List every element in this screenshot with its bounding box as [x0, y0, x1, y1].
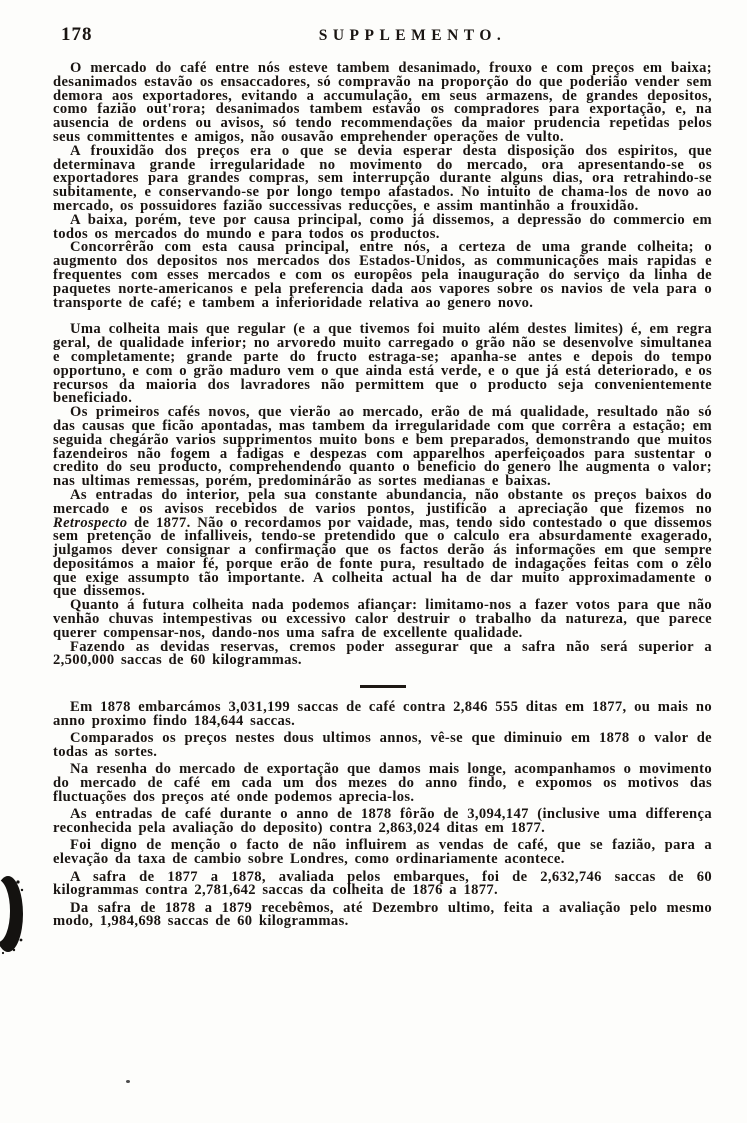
- ink-blot-stain: [0, 874, 34, 956]
- page-number: 178: [61, 28, 93, 42]
- paragraph-harvest-estimate: Fazendo as devidas reservas, cremos pode…: [53, 641, 712, 669]
- paragraph-entries-1878: As entradas de café durante o anno de 18…: [53, 808, 712, 836]
- print-speck: [126, 1080, 130, 1083]
- paragraph-safra-1878-1879: Da safra de 1878 a 1879 recebêmos, até D…: [53, 902, 712, 930]
- paragraph-harvest-quality: Uma colheita mais que regular (e a que t…: [53, 323, 712, 406]
- paragraph-shipments-1878: Em 1878 embarcámos 3,031,199 saccas de c…: [53, 701, 712, 729]
- statistics-section: Em 1878 embarcámos 3,031,199 saccas de c…: [53, 701, 712, 929]
- retrospecto-pre-text: As entradas do interior, pela sua consta…: [53, 487, 712, 517]
- paragraph-price-comparison: Comparados os preços nestes dous ultimos…: [53, 732, 712, 760]
- scanned-page: 178 SUPPLEMENTO. O mercado do café entre…: [53, 26, 712, 929]
- paragraph-retrospecto: As entradas do interior, pela sua consta…: [53, 489, 712, 599]
- paragraph-safra-1877-1878: A safra de 1877 a 1878, avaliada pelos e…: [53, 871, 712, 899]
- paragraph-export-market-review: Na resenha do mercado de exportação que …: [53, 763, 712, 804]
- paragraph-exchange-rate: Foi digno de menção o facto de não influ…: [53, 839, 712, 867]
- paragraph-main-cause: A baixa, porém, teve por causa principal…: [53, 214, 712, 242]
- retrospecto-post-text: de 1877. Não o recordamos por vaidade, m…: [53, 515, 712, 600]
- page-title: SUPPLEMENTO.: [113, 29, 712, 43]
- paragraph-future-harvest: Quanto á futura colheita nada podemos af…: [53, 599, 712, 640]
- page-header: 178 SUPPLEMENTO.: [53, 26, 712, 56]
- paragraph-contributing-causes: Concorrêrão com esta causa principal, en…: [53, 241, 712, 310]
- paragraph-market-overview: O mercado do café entre nós esteve tambe…: [53, 62, 712, 145]
- section-divider-rule: [360, 685, 406, 688]
- paragraph-new-coffees: Os primeiros cafés novos, que vierão ao …: [53, 406, 712, 489]
- market-review-section: O mercado do café entre nós esteve tambe…: [53, 62, 712, 668]
- paragraph-price-slackness: A frouxidão dos preços era o que se devi…: [53, 145, 712, 214]
